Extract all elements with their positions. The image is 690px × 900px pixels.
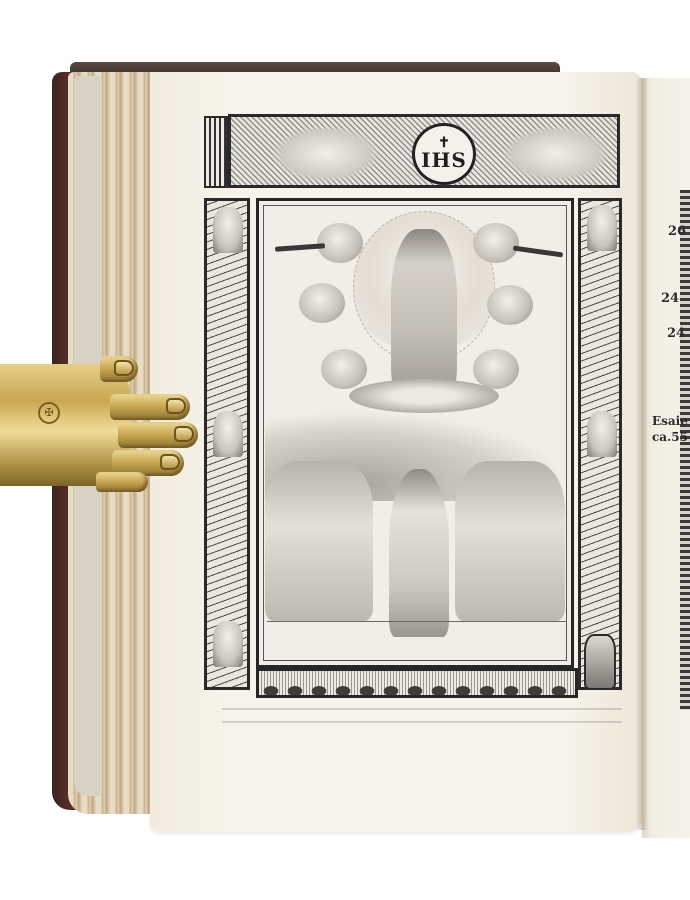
- cherub-trumpet-right: [473, 223, 519, 263]
- hallmark-icon: ✠: [38, 402, 60, 424]
- cherub-harp: [299, 283, 345, 323]
- nail: [160, 454, 180, 470]
- saint-figure-icon: [587, 411, 617, 457]
- crowd-left: [265, 461, 373, 621]
- saint-figure-icon: [213, 411, 243, 457]
- bottom-ornamental-border: [256, 668, 578, 698]
- nail: [174, 426, 194, 442]
- ihs-header-panel: ✝ IHS: [228, 114, 620, 188]
- book-photograph: ✝ IHS: [0, 0, 690, 900]
- trumpet-icon: [275, 243, 325, 251]
- margin-note: ca.55: [652, 430, 688, 444]
- book-gutter: [636, 78, 648, 830]
- main-woodcut-scene: [256, 198, 574, 668]
- saint-figure-icon: [213, 207, 243, 253]
- margin-note: 24: [661, 291, 679, 306]
- finger: [110, 394, 190, 420]
- corner-ornament: [204, 116, 228, 188]
- ihs-monogram: IHS: [421, 149, 467, 171]
- woodcut-illustration: ✝ IHS: [204, 114, 622, 700]
- trumpet-icon: [513, 246, 563, 258]
- right-page-border-fragment: [680, 190, 690, 710]
- right-ornamental-border: [578, 198, 622, 690]
- margin-note: 26: [668, 224, 686, 239]
- nail: [114, 360, 134, 376]
- margin-note: Esaie: [652, 414, 688, 428]
- cherub-fiddle: [487, 285, 533, 325]
- show-through-text: [222, 704, 622, 732]
- ihs-medallion: ✝ IHS: [412, 123, 476, 185]
- cherub-lute: [321, 349, 367, 389]
- angel-right-figure: [501, 125, 611, 183]
- saint-figure-icon: [213, 621, 243, 667]
- finger: [96, 472, 148, 492]
- brass-hand-book-weight: ✠: [0, 356, 198, 494]
- left-ornamental-border: [204, 198, 250, 690]
- saint-figure-icon: [587, 205, 617, 251]
- angel-left-figure: [271, 125, 381, 183]
- thumb: [100, 356, 138, 382]
- cloud: [349, 379, 499, 413]
- ground-line: [267, 621, 567, 622]
- enthroned-christ-figure: [391, 229, 457, 399]
- finger: [118, 422, 198, 448]
- cherub-drum: [473, 349, 519, 389]
- margin-note: 24: [667, 326, 685, 341]
- nail: [166, 398, 186, 414]
- brass-palm: ✠: [0, 364, 130, 486]
- crowd-right: [455, 461, 565, 621]
- central-praying-figure: [389, 469, 449, 637]
- vase-ornament-icon: [584, 634, 616, 690]
